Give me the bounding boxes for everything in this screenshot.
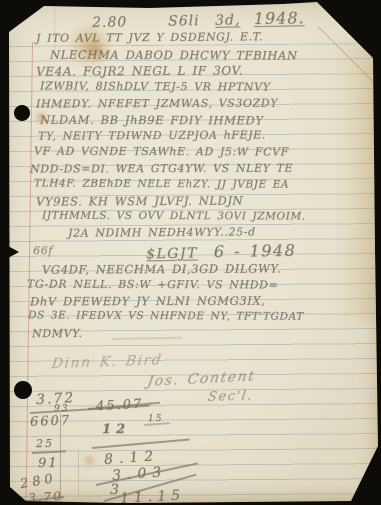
math-11-15: 11.15: [120, 487, 186, 505]
scanned-document-photo: 2.80 S6li 3d, 1948. J ITO AVL TT JVZ Y D…: [0, 0, 381, 505]
header-day: 3d,: [215, 12, 241, 28]
handwriting-line-9: NDD-DS=DI. WEA GTG4YW. VS NLEY TE: [30, 162, 293, 176]
header-month: S6li: [168, 13, 200, 30]
handwriting-line-7: TY, NEITY TDIWND UZPJOA hFEJE.: [38, 128, 266, 142]
handwriting-line-17: DS 3E. IFEDVX VS NHFNDE NY, TFT'TGDAT: [28, 309, 304, 322]
math-12: 12: [102, 422, 130, 437]
dateline: $LGJT 6 - 1948: [146, 241, 297, 263]
handwriting-line-11: VY9ES. KH WSM JLVFJ. NLDJN: [36, 193, 243, 208]
handwriting-line-4: IZWBIV, 8IShDLV TEJ-5 VR HPTNVY: [40, 79, 271, 93]
hole-punch-top: [14, 105, 30, 121]
handwriting-line-5: IHMEDY. NFEFET JZMWAS, VS3OZDY: [36, 97, 278, 111]
handwriting-line-16: DhV DFEWEDY JY NLNI NGMG3IX,: [30, 294, 265, 309]
header-year: 1948.: [254, 8, 305, 28]
header-line: 2.80 S6li 3d, 1948.: [92, 8, 305, 31]
math-vertical-line-2: [78, 450, 79, 496]
handwriting-line-1: J ITO AVL TT JVZ Y DSDENGJ. E.T.: [36, 30, 263, 45]
math-6607: 6607: [30, 413, 72, 429]
dateline-day-year: 6 - 1948: [214, 241, 297, 261]
math-25: 25: [36, 437, 54, 450]
header-amount: 2.80: [92, 14, 127, 31]
handwriting-line-2: NLECHMA DABOD DHCWY TFBIHAN: [50, 48, 298, 63]
handwriting-line-14: VG4DF, NEECHMA DI,3GD DILGWY.: [42, 261, 281, 276]
dateline-month: $LGJT: [146, 245, 198, 262]
handwriting-line-6: NLDAM. BB JhB9E FDIY IHMEDY: [40, 113, 264, 128]
signature-title: Sec'l.: [207, 388, 254, 405]
handwriting-line-13: J2A NDIMH NEDH4WYY..25-d: [68, 225, 256, 239]
handwriting-line-18: NDMVY.: [32, 327, 83, 340]
handwriting-line-10: TLH4F. ZBEhDE NELE EhZY. JJ JVBJE EA: [34, 177, 289, 190]
handwriting-line-15: TG-DR NELL. BS:W +GFIV. VS NHDD=: [27, 278, 278, 292]
handwriting-line-3: VE4A. FGJR2 NEGL L IF 3OV.: [36, 63, 243, 78]
handwriting-line-8: VF AD VGNDE TSAWhE. AD J5:W FCVF: [34, 145, 289, 159]
handwriting-line-12: IJTHMMLS. VS OVV DLNTL 3OVI JZMOIM.: [42, 210, 306, 223]
paper-sheet: 2.80 S6li 3d, 1948. J ITO AVL TT JVZ Y D…: [0, 0, 381, 505]
math-91: 91: [38, 456, 59, 471]
edge-tear-notch: [8, 246, 19, 258]
hole-punch-bottom: [14, 381, 32, 399]
margin-note: 66f: [33, 244, 53, 257]
